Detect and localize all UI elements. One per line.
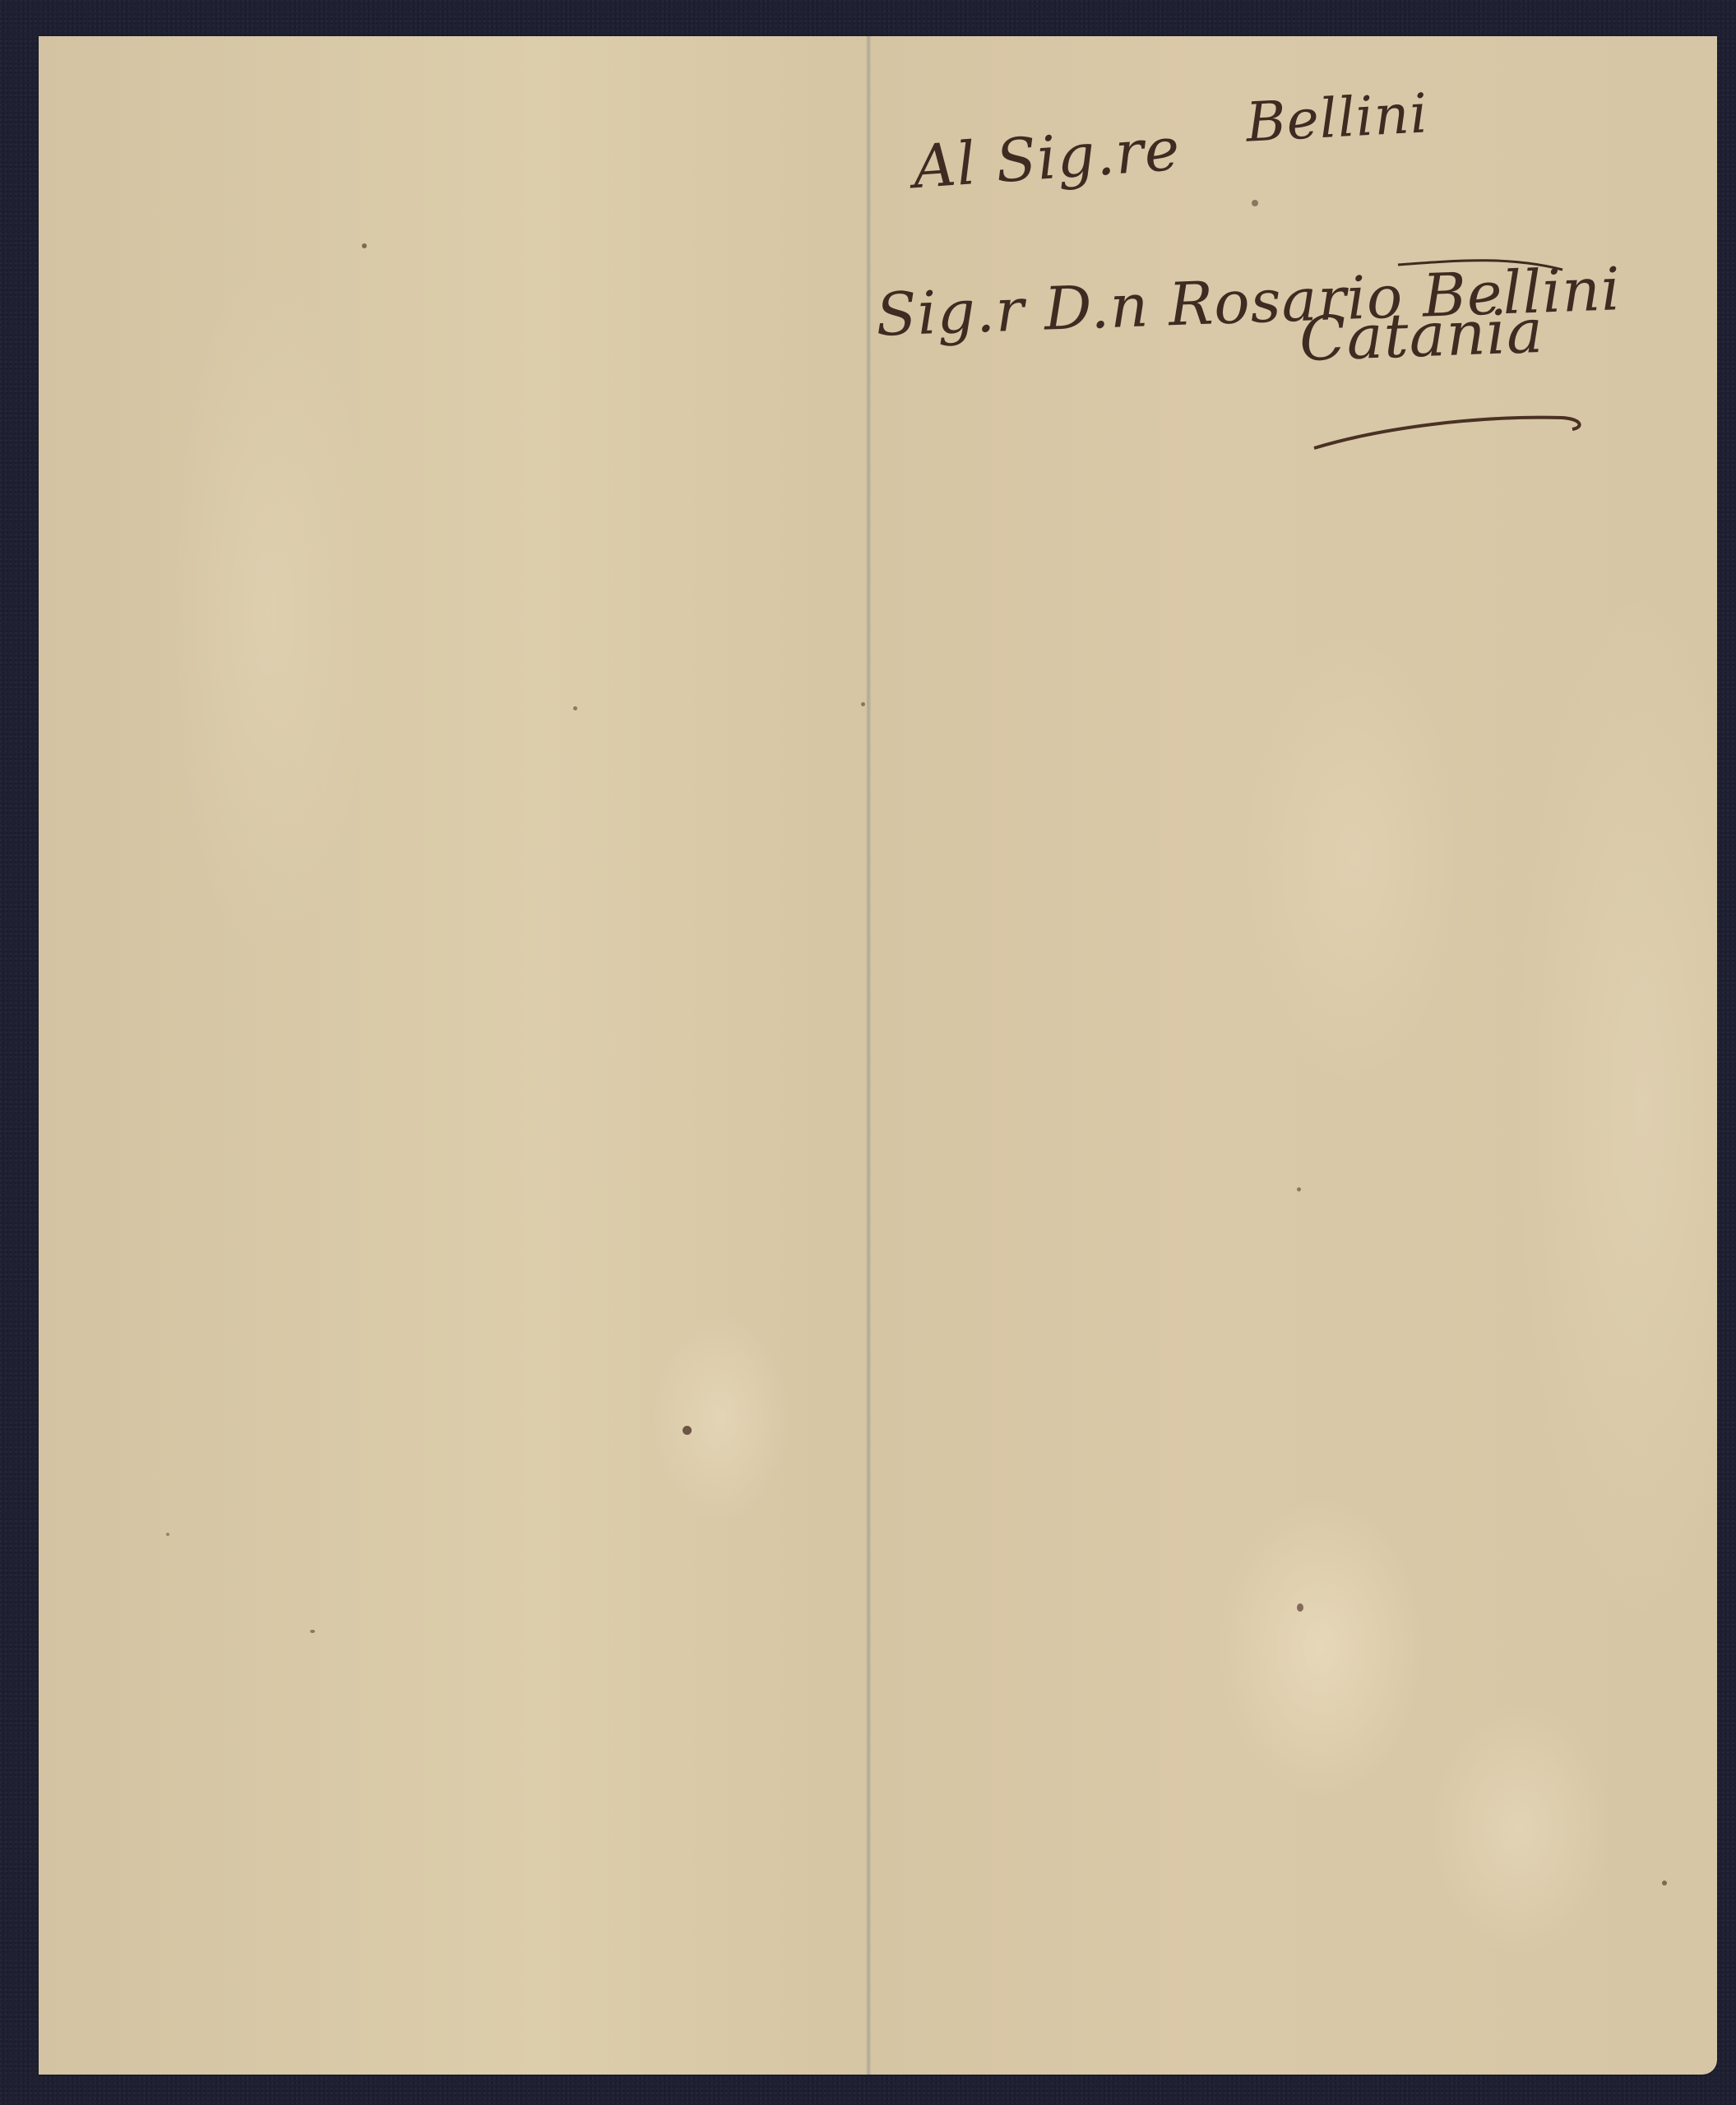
ink-flourishes (0, 0, 1736, 2105)
scan-background: Al Sig.re Bellini Sig.r D.n Rosario Bell… (0, 0, 1736, 2105)
city-underline-flourish (1314, 418, 1580, 448)
recipient-line-flourish (1398, 261, 1562, 270)
